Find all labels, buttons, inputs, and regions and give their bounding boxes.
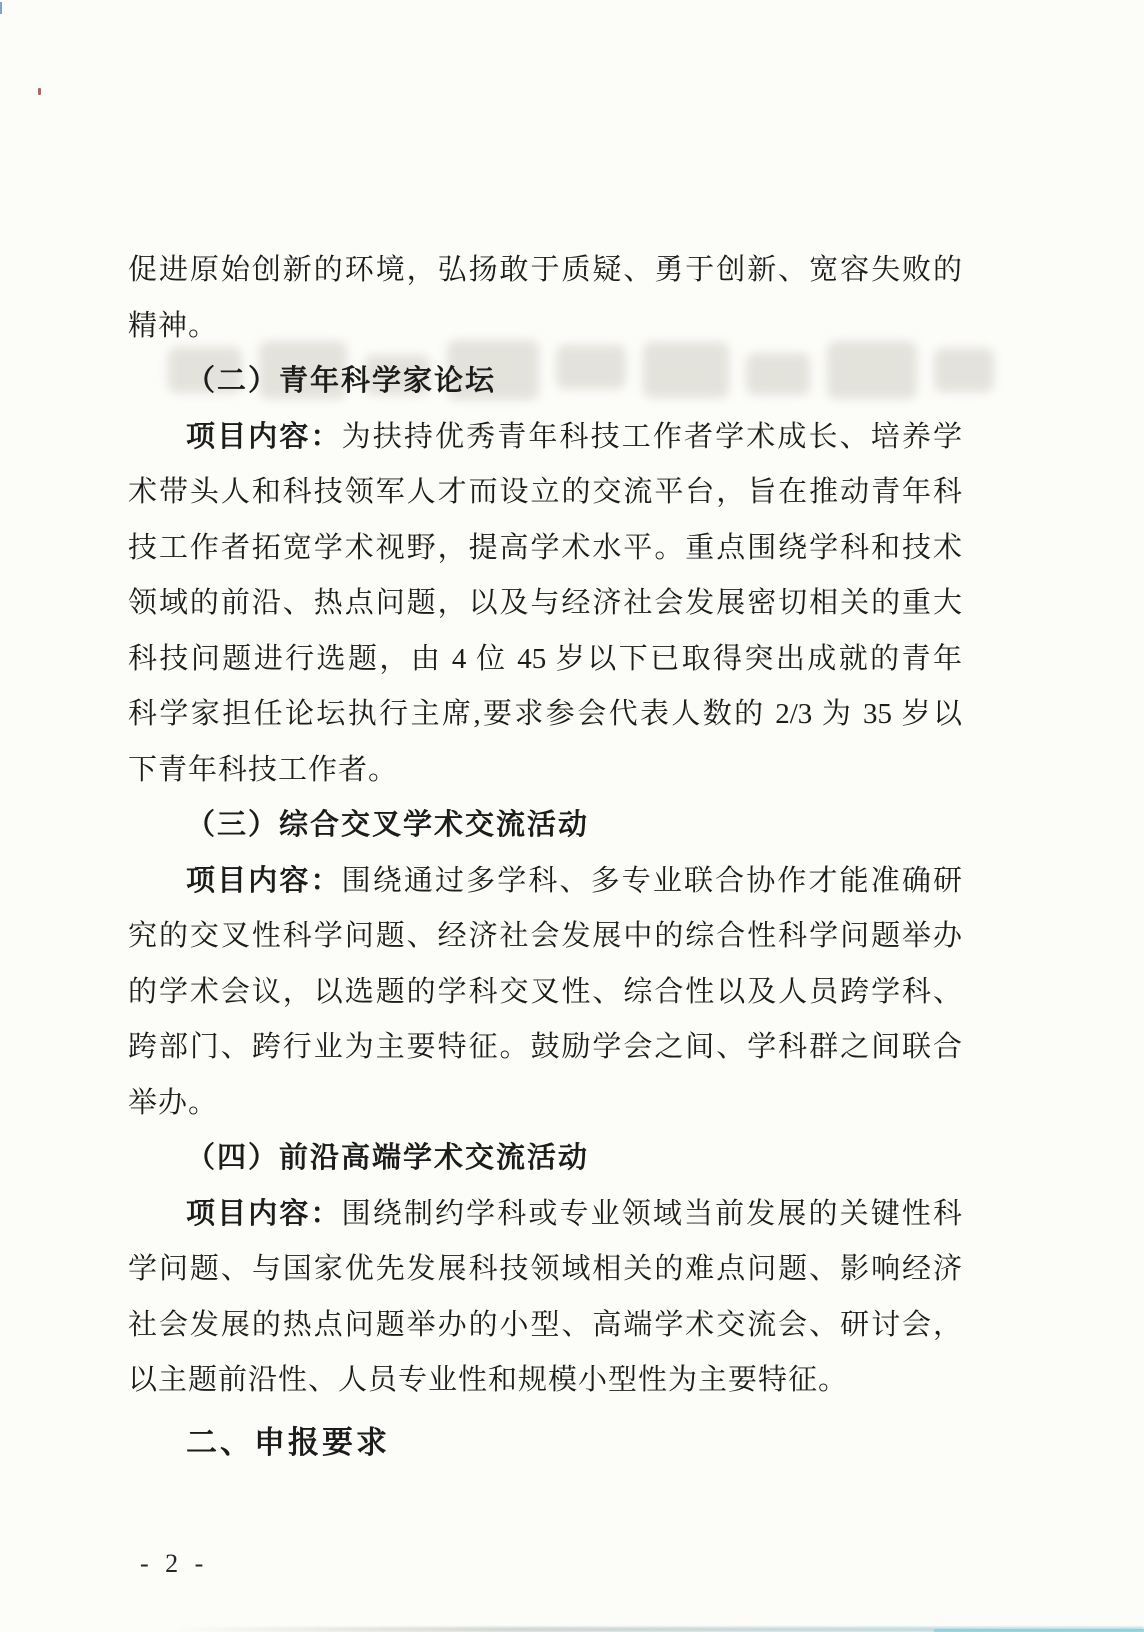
paragraph-lead-label: 项目内容： <box>186 421 342 453</box>
document-lines: 促进原始创新的环境，弘扬敢于质疑、勇于创新、宽容失败的精神。（二）青年科学家论坛… <box>128 243 962 1470</box>
page-number: - 2 - <box>140 1549 208 1579</box>
text-line: 究的交叉性科学问题、经济社会发展中的综合性科学问题举办 <box>128 909 962 965</box>
document-page: 促进原始创新的环境，弘扬敢于质疑、勇于创新、宽容失败的精神。（二）青年科学家论坛… <box>0 0 1144 1632</box>
text-line: 领域的前沿、热点问题，以及与经济社会发展密切相关的重大 <box>128 576 962 632</box>
text-line: 项目内容：围绕通过多学科、多专业联合协作才能准确研 <box>128 854 962 910</box>
text-line: 学问题、与国家优先发展科技领域相关的难点问题、影响经济 <box>128 1242 962 1298</box>
text-line: 举办。 <box>128 1076 962 1132</box>
subsection-heading: （二）青年科学家论坛 <box>128 354 962 410</box>
text-line: 促进原始创新的环境，弘扬敢于质疑、勇于创新、宽容失败的 <box>128 243 962 299</box>
paragraph-lead-label: 项目内容： <box>186 1198 342 1230</box>
paragraph-lead-label: 项目内容： <box>186 865 342 897</box>
ink-speck-artifact <box>38 88 41 95</box>
subsection-heading: （四）前沿高端学术交流活动 <box>128 1131 962 1187</box>
subsection-heading: （三）综合交叉学术交流活动 <box>128 798 962 854</box>
text-line: 项目内容：为扶持优秀青年科技工作者学术成长、培养学 <box>128 410 962 466</box>
text-line: 跨部门、跨行业为主要特征。鼓励学会之间、学科群之间联合 <box>128 1020 962 1076</box>
text-line: 技工作者拓宽学术视野，提高学术水平。重点围绕学科和技术 <box>128 521 962 577</box>
section-heading: 二、申报要求 <box>128 1415 962 1471</box>
text-line: 术带头人和科技领军人才而设立的交流平台，旨在推动青年科 <box>128 465 962 521</box>
text-line: 项目内容：围绕制约学科或专业领域当前发展的关键性科 <box>128 1187 962 1243</box>
text-line: 下青年科技工作者。 <box>128 743 962 799</box>
text-line: 社会发展的热点问题举办的小型、高端学术交流会、研讨会， <box>128 1298 962 1354</box>
text-line: 科技问题进行选题，由 4 位 45 岁以下已取得突出成就的青年 <box>128 632 962 688</box>
text-line: 精神。 <box>128 299 962 355</box>
text-line: 以主题前沿性、人员专业性和规模小型性为主要特征。 <box>128 1353 962 1409</box>
text-line: 的学术会议，以选题的学科交叉性、综合性以及人员跨学科、 <box>128 965 962 1021</box>
text-line: 科学家担任论坛执行主席,要求参会代表人数的 2/3 为 35 岁以 <box>128 687 962 743</box>
scan-edge-artifact <box>0 2 2 14</box>
